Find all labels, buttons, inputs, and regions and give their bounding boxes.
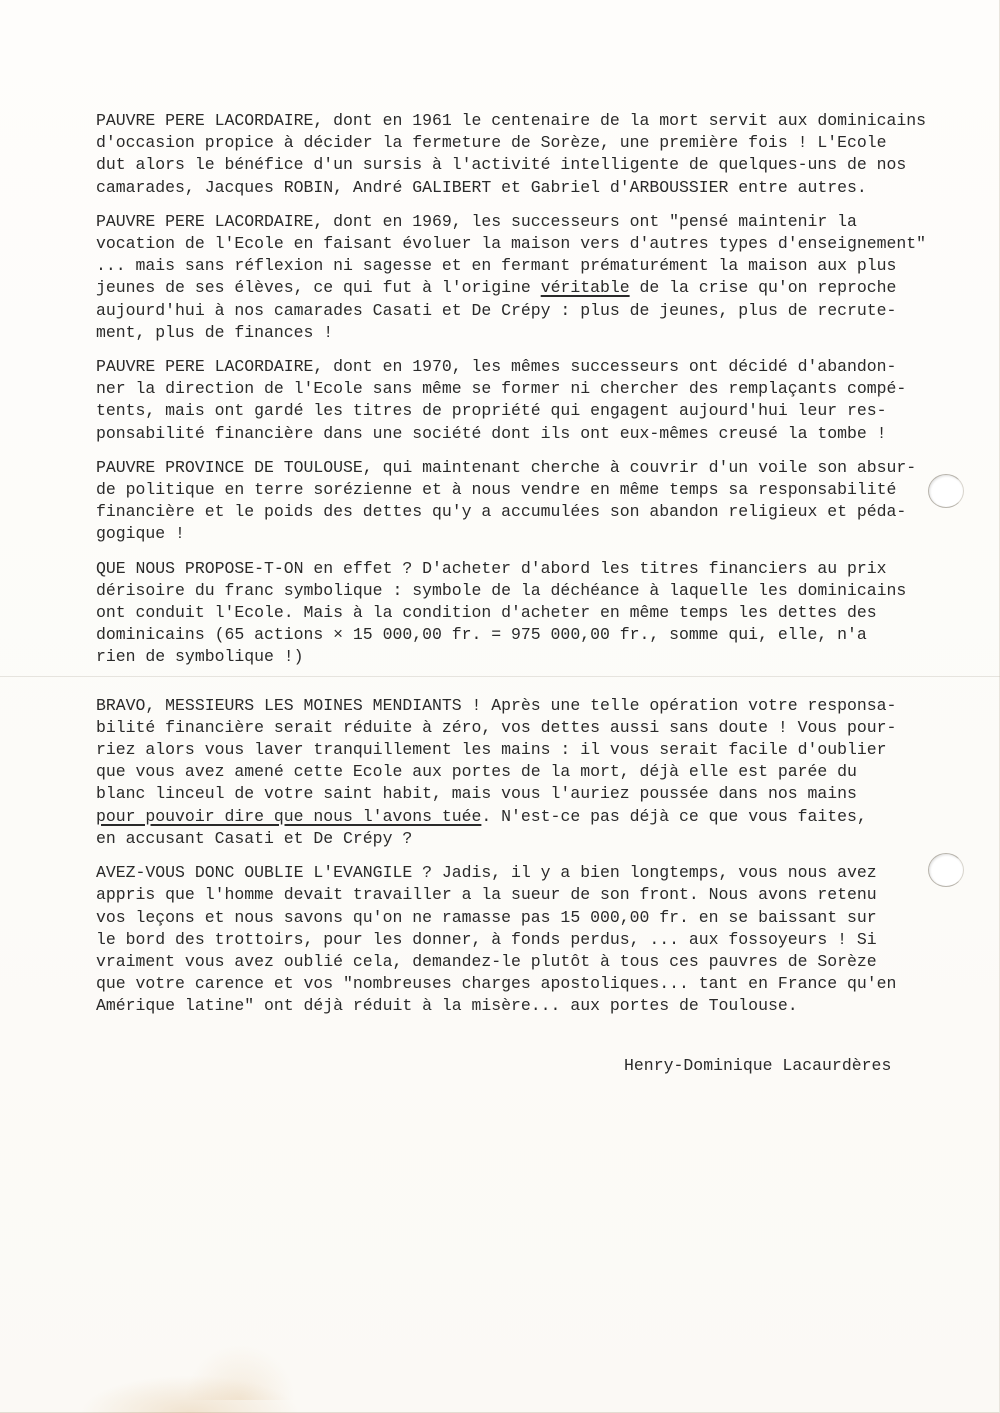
text-line: ont conduit l'Ecole. Mais à la condition… [96,602,976,624]
paragraph-que-nous-propose: QUE NOUS PROPOSE-T-ON en effet ? D'achet… [96,558,976,669]
text-line: appris que l'homme devait travailler a l… [96,884,976,906]
text-line: vraiment vous avez oublié cela, demandez… [96,951,976,973]
text-line: ... mais sans réflexion ni sagesse et en… [96,255,976,277]
text-line: en accusant Casati et De Crépy ? [96,828,976,850]
text-line: que votre carence et vos "nombreuses cha… [96,973,976,995]
text-line: le bord des trottoirs, pour les donner, … [96,929,976,951]
text-line: AVEZ-VOUS DONC OUBLIE L'EVANGILE ? Jadis… [96,862,976,884]
paragraph-lacordaire-1970: PAUVRE PERE LACORDAIRE, dont en 1970, le… [96,356,976,445]
water-stain [180,1340,300,1400]
underlined-phrase: pour pouvoir dire que nous l'avons tuée [96,807,481,826]
text-line: PAUVRE PERE LACORDAIRE, dont en 1969, le… [96,211,976,233]
paragraph-lacordaire-1961: PAUVRE PERE LACORDAIRE, dont en 1961 le … [96,110,976,199]
text-line: PAUVRE PROVINCE DE TOULOUSE, qui mainten… [96,457,976,479]
text-line: PAUVRE PERE LACORDAIRE, dont en 1970, le… [96,356,976,378]
text-line: tents, mais ont gardé les titres de prop… [96,400,976,422]
text-line: QUE NOUS PROPOSE-T-ON en effet ? D'achet… [96,558,976,580]
text-line: blanc linceul de votre saint habit, mais… [96,783,976,805]
text-line: ponsabilité financière dans une société … [96,423,976,445]
text-line: pour pouvoir dire que nous l'avons tuée.… [96,806,976,828]
text-line: camarades, Jacques ROBIN, André GALIBERT… [96,177,976,199]
text-line: aujourd'hui à nos camarades Casati et De… [96,300,976,322]
text-line: ner la direction de l'Ecole sans même se… [96,378,976,400]
text-line: bilité financière serait réduite à zéro,… [96,717,976,739]
signature: Henry-Dominique Lacaurdères [624,1056,891,1075]
text-line: ment, plus de finances ! [96,322,976,344]
text-line: jeunes de ses élèves, ce qui fut à l'ori… [96,277,976,299]
text-line: de politique en terre sorézienne et à no… [96,479,976,501]
text-line: gogique ! [96,523,976,545]
paper-page: PAUVRE PERE LACORDAIRE, dont en 1961 le … [0,0,1000,1413]
text-line: rien de symbolique !) [96,646,976,668]
paragraph-evangile: AVEZ-VOUS DONC OUBLIE L'EVANGILE ? Jadis… [96,862,976,1017]
letter-body: PAUVRE PERE LACORDAIRE, dont en 1961 le … [96,110,976,1030]
text-line: BRAVO, MESSIEURS LES MOINES MENDIANTS ! … [96,695,976,717]
underlined-phrase: véritable [541,278,630,297]
text-line: d'occasion propice à décider la fermetur… [96,132,976,154]
text-line: riez alors vous laver tranquillement les… [96,739,976,761]
text-line: PAUVRE PERE LACORDAIRE, dont en 1961 le … [96,110,976,132]
text-line: dut alors le bénéfice d'un sursis à l'ac… [96,154,976,176]
text-line: vocation de l'Ecole en faisant évoluer l… [96,233,976,255]
text-line: vos leçons et nous savons qu'on ne ramas… [96,907,976,929]
text-line: financière et le poids des dettes qu'y a… [96,501,976,523]
text-line: dominicains (65 actions × 15 000,00 fr. … [96,624,976,646]
text-line: dérisoire du franc symbolique : symbole … [96,580,976,602]
text-line: Amérique latine" ont déjà réduit à la mi… [96,995,976,1017]
paragraph-bravo-moines: BRAVO, MESSIEURS LES MOINES MENDIANTS ! … [96,695,976,850]
paragraph-lacordaire-1969: PAUVRE PERE LACORDAIRE, dont en 1969, le… [96,211,976,344]
paragraph-province-toulouse: PAUVRE PROVINCE DE TOULOUSE, qui mainten… [96,457,976,546]
text-line: que vous avez amené cette Ecole aux port… [96,761,976,783]
